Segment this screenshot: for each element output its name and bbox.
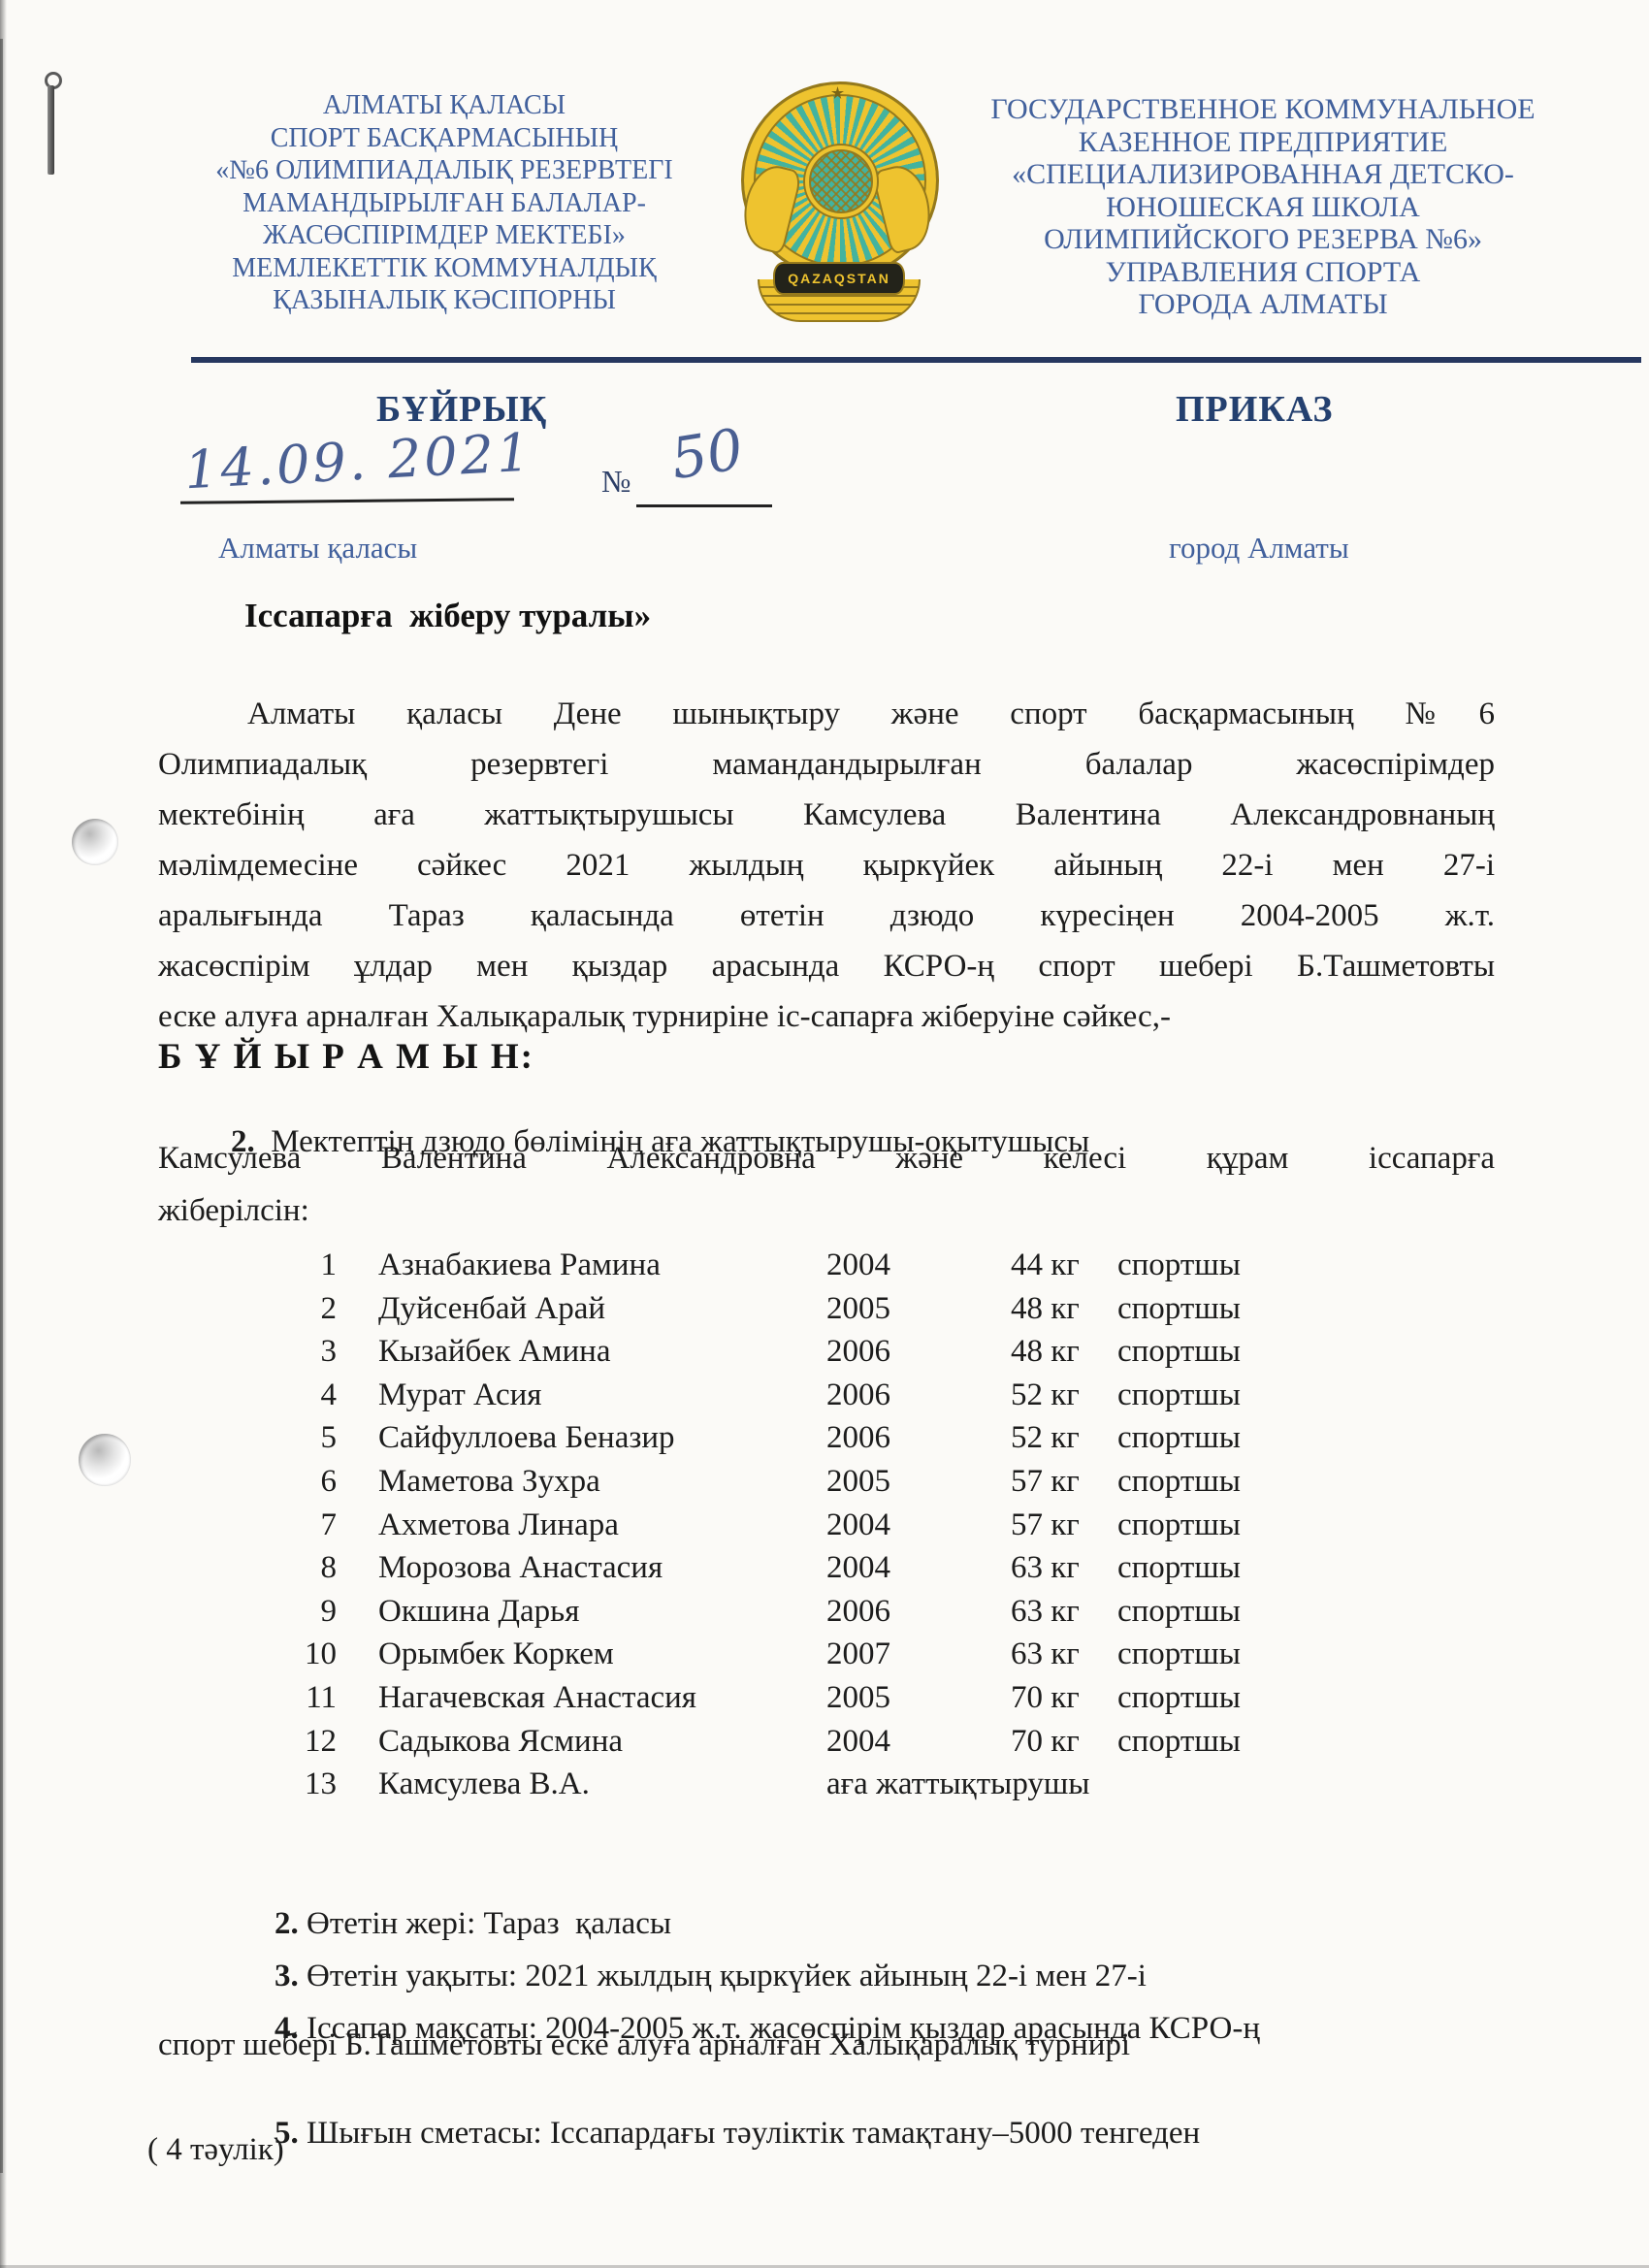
athlete-name: Маметова Зухра (378, 1464, 600, 1500)
org-line: ГОРОДА АЛМАТЫ (943, 288, 1583, 321)
org-line: «СПЕЦИАЛИЗИРОВАННАЯ ДЕТСКО- (943, 158, 1583, 191)
athlete-name: Садыкова Ясмина (378, 1724, 623, 1760)
roster-table: 1 Азнабакиева Рамина 2004 44 кг спортшы … (0, 1247, 1649, 1815)
birth-year: 2005 (826, 1680, 890, 1716)
birth-year: 2006 (826, 1377, 890, 1413)
budget-item: 5. Шығын сметасы: Іссапардағы тәуліктік … (242, 2080, 1200, 2187)
item2-line2: Камсулева Валентина Александровна және к… (158, 1141, 1495, 1177)
row-number: 5 (286, 1420, 337, 1456)
date-underline (180, 498, 514, 504)
athlete-name: Нагачевская Анастасия (378, 1680, 696, 1716)
birth-year: 2005 (826, 1464, 890, 1500)
weight-class: 57 кг (1011, 1464, 1080, 1500)
place-russian: город Алматы (1169, 531, 1349, 566)
header-divider (191, 357, 1641, 363)
roster-row: 8 Морозова Анастасия 2004 63 кг спортшы (0, 1550, 1649, 1594)
roster-row: 2 Дуйсенбай Арай 2005 48 кг спортшы (0, 1291, 1649, 1335)
birth-year: 2006 (826, 1334, 890, 1370)
weight-class: 52 кг (1011, 1420, 1080, 1456)
org-line: «№6 ОЛИМПИАДАЛЫҚ РЕЗЕРВТЕГІ (163, 154, 726, 187)
org-line: ЮНОШЕСКАЯ ШКОЛА (943, 191, 1583, 224)
weight-class: 48 кг (1011, 1291, 1080, 1327)
roster-row: 9 Окшина Дарья 2006 63 кг спортшы (0, 1594, 1649, 1637)
row-number: 3 (286, 1334, 337, 1370)
number-sign: № (601, 464, 631, 500)
birth-year: 2006 (826, 1594, 890, 1630)
role: спортшы (1117, 1291, 1241, 1327)
birth-year: 2005 (826, 1291, 890, 1327)
role: спортшы (1117, 1550, 1241, 1586)
org-line: ЖАСӨСПІРІМДЕР МЕКТЕБІ» (163, 219, 726, 252)
roster-row: 7 Ахметова Линара 2004 57 кг спортшы (0, 1507, 1649, 1551)
role: спортшы (1117, 1334, 1241, 1370)
body-line: еске алуға арналған Халықаралық турнирін… (158, 999, 1495, 1035)
org-line: МЕМЛЕКЕТТІК КОММУНАЛДЫҚ (163, 252, 726, 285)
role: спортшы (1117, 1724, 1241, 1760)
roster-row: 11 Нагачевская Анастасия 2005 70 кг спор… (0, 1680, 1649, 1724)
handwritten-order-number: 50 (666, 416, 748, 493)
role: спортшы (1117, 1680, 1241, 1716)
athlete-name: Мурат Асия (378, 1377, 541, 1413)
item2-line3: жіберілсін: (158, 1193, 309, 1229)
emblem-shanyrak (805, 146, 877, 217)
body-line: жасөспірім ұлдар мен қыздар арасында КСР… (158, 949, 1495, 985)
org-line: УПРАВЛЕНИЯ СПОРТА (943, 256, 1583, 289)
role: спортшы (1117, 1636, 1241, 1672)
row-number: 2 (286, 1291, 337, 1327)
org-line: АЛМАТЫ ҚАЛАСЫ (163, 89, 726, 122)
weight-class: 52 кг (1011, 1377, 1080, 1413)
org-line: КАЗЕННОЕ ПРЕДПРИЯТИЕ (943, 126, 1583, 159)
weight-class: 70 кг (1011, 1724, 1080, 1760)
roster-row: 3 Кызайбек Амина 2006 48 кг спортшы (0, 1334, 1649, 1377)
row-number: 11 (286, 1680, 337, 1716)
row-number: 1 (286, 1247, 337, 1283)
role: спортшы (1117, 1594, 1241, 1630)
birth-year: 2004 (826, 1247, 890, 1283)
weight-class: 63 кг (1011, 1594, 1080, 1630)
body-line: Олимпиадалық резервтегі мамандандырылған… (158, 747, 1495, 783)
role: спортшы (1117, 1377, 1241, 1413)
athlete-name: Морозова Анастасия (378, 1550, 663, 1586)
athlete-name: Азнабакиева Рамина (378, 1247, 661, 1283)
athlete-name: Сайфуллоева Беназир (378, 1420, 675, 1456)
roster-row: 10 Орымбек Коркем 2007 63 кг спортшы (0, 1636, 1649, 1680)
emblem-banner: QAZAQSTAN (773, 262, 905, 295)
athlete-name: Окшина Дарья (378, 1594, 579, 1630)
roster-row: 4 Мурат Асия 2006 52 кг спортшы (0, 1377, 1649, 1421)
budget-continuation: ( 4 тәулік) (147, 2132, 284, 2168)
org-line: СПОРТ БАСҚАРМАСЫНЫҢ (163, 122, 726, 155)
role: спортшы (1117, 1507, 1241, 1543)
roster-row: 6 Маметова Зухра 2005 57 кг спортшы (0, 1464, 1649, 1507)
number-underline (636, 504, 772, 507)
weight-class: 63 кг (1011, 1550, 1080, 1586)
row-number: 13 (286, 1766, 337, 1802)
scanned-order-document: АЛМАТЫ ҚАЛАСЫ СПОРТ БАСҚАРМАСЫНЫҢ «№6 ОЛ… (0, 0, 1649, 2268)
position-title: аға жаттықтырушы (826, 1766, 1089, 1802)
role: спортшы (1117, 1247, 1241, 1283)
athlete-name: Камсулева В.А. (378, 1766, 590, 1802)
weight-class: 48 кг (1011, 1334, 1080, 1370)
handwritten-date: 14.09. 2021 (183, 422, 534, 502)
resolve-heading: Б Ұ Й Ы Р А М Ы Н: (158, 1036, 534, 1078)
place-kazakh: Алматы қаласы (218, 531, 417, 566)
weight-class: 63 кг (1011, 1636, 1080, 1672)
row-number: 7 (286, 1507, 337, 1543)
roster-row: 12 Садыкова Ясмина 2004 70 кг спортшы (0, 1724, 1649, 1767)
row-number: 4 (286, 1377, 337, 1413)
birth-year: 2004 (826, 1724, 890, 1760)
athlete-name: Дуйсенбай Арай (378, 1291, 605, 1327)
row-number: 6 (286, 1464, 337, 1500)
row-number: 8 (286, 1550, 337, 1586)
body-line: мектебінің аға жаттықтырушысы Камсулева … (158, 797, 1495, 833)
hole-punch-top (72, 819, 118, 865)
athlete-name: Кызайбек Амина (378, 1334, 611, 1370)
birth-year: 2006 (826, 1420, 890, 1456)
org-name-kazakh: АЛМАТЫ ҚАЛАСЫ СПОРТ БАСҚАРМАСЫНЫҢ «№6 ОЛ… (163, 89, 726, 317)
role: спортшы (1117, 1464, 1241, 1500)
body-line: аралығында Тараз қаласында өтетін дзюдо … (158, 898, 1495, 934)
org-line: МАМАНДЫРЫЛҒАН БАЛАЛАР- (163, 187, 726, 220)
weight-class: 57 кг (1011, 1507, 1080, 1543)
emblem-country-name: QAZAQSTAN (788, 271, 890, 286)
document-title: Іссапарға жіберу туралы» (244, 597, 651, 635)
roster-row: 1 Азнабакиева Рамина 2004 44 кг спортшы (0, 1247, 1649, 1291)
org-line: ОЛИМПИЙСКОГО РЕЗЕРВА №6» (943, 223, 1583, 256)
row-number: 12 (286, 1724, 337, 1760)
birth-year: 2004 (826, 1507, 890, 1543)
birth-year: 2004 (826, 1550, 890, 1586)
athlete-name: Ахметова Линара (378, 1507, 619, 1543)
item-text: Шығын сметасы: Іссапардағы тәуліктік там… (307, 2116, 1200, 2151)
scan-left-edge-line (0, 39, 3, 2173)
row-number: 9 (286, 1594, 337, 1630)
role: спортшы (1117, 1420, 1241, 1456)
body-line: мәлімдемесіне сәйкес 2021 жылдың қыркүйе… (158, 848, 1495, 884)
order-label-ru: ПРИКАЗ (1176, 388, 1333, 431)
org-line: ҚАЗЫНАЛЫҚ КӘСІПОРНЫ (163, 284, 726, 317)
kazakhstan-state-emblem-icon: QAZAQSTAN (730, 81, 944, 326)
athlete-name: Орымбек Коркем (378, 1636, 614, 1672)
weight-class: 44 кг (1011, 1247, 1080, 1283)
org-line: ГОСУДАРСТВЕННОЕ КОММУНАЛЬНОЕ (943, 93, 1583, 126)
staple-mark (48, 85, 54, 175)
row-number: 10 (286, 1636, 337, 1672)
birth-year: 2007 (826, 1636, 890, 1672)
roster-row: 5 Сайфуллоева Беназир 2006 52 кг спортшы (0, 1420, 1649, 1464)
org-name-russian: ГОСУДАРСТВЕННОЕ КОММУНАЛЬНОЕ КАЗЕННОЕ ПР… (943, 93, 1583, 321)
body-line: Алматы қаласы Дене шынықтыру және спорт … (158, 697, 1495, 732)
weight-class: 70 кг (1011, 1680, 1080, 1716)
roster-row: 13 Камсулева В.А. аға жаттықтырушы (0, 1766, 1649, 1810)
purpose-continuation: спорт шебері Б.Ташметовты еске алуға арн… (158, 2027, 1130, 2063)
